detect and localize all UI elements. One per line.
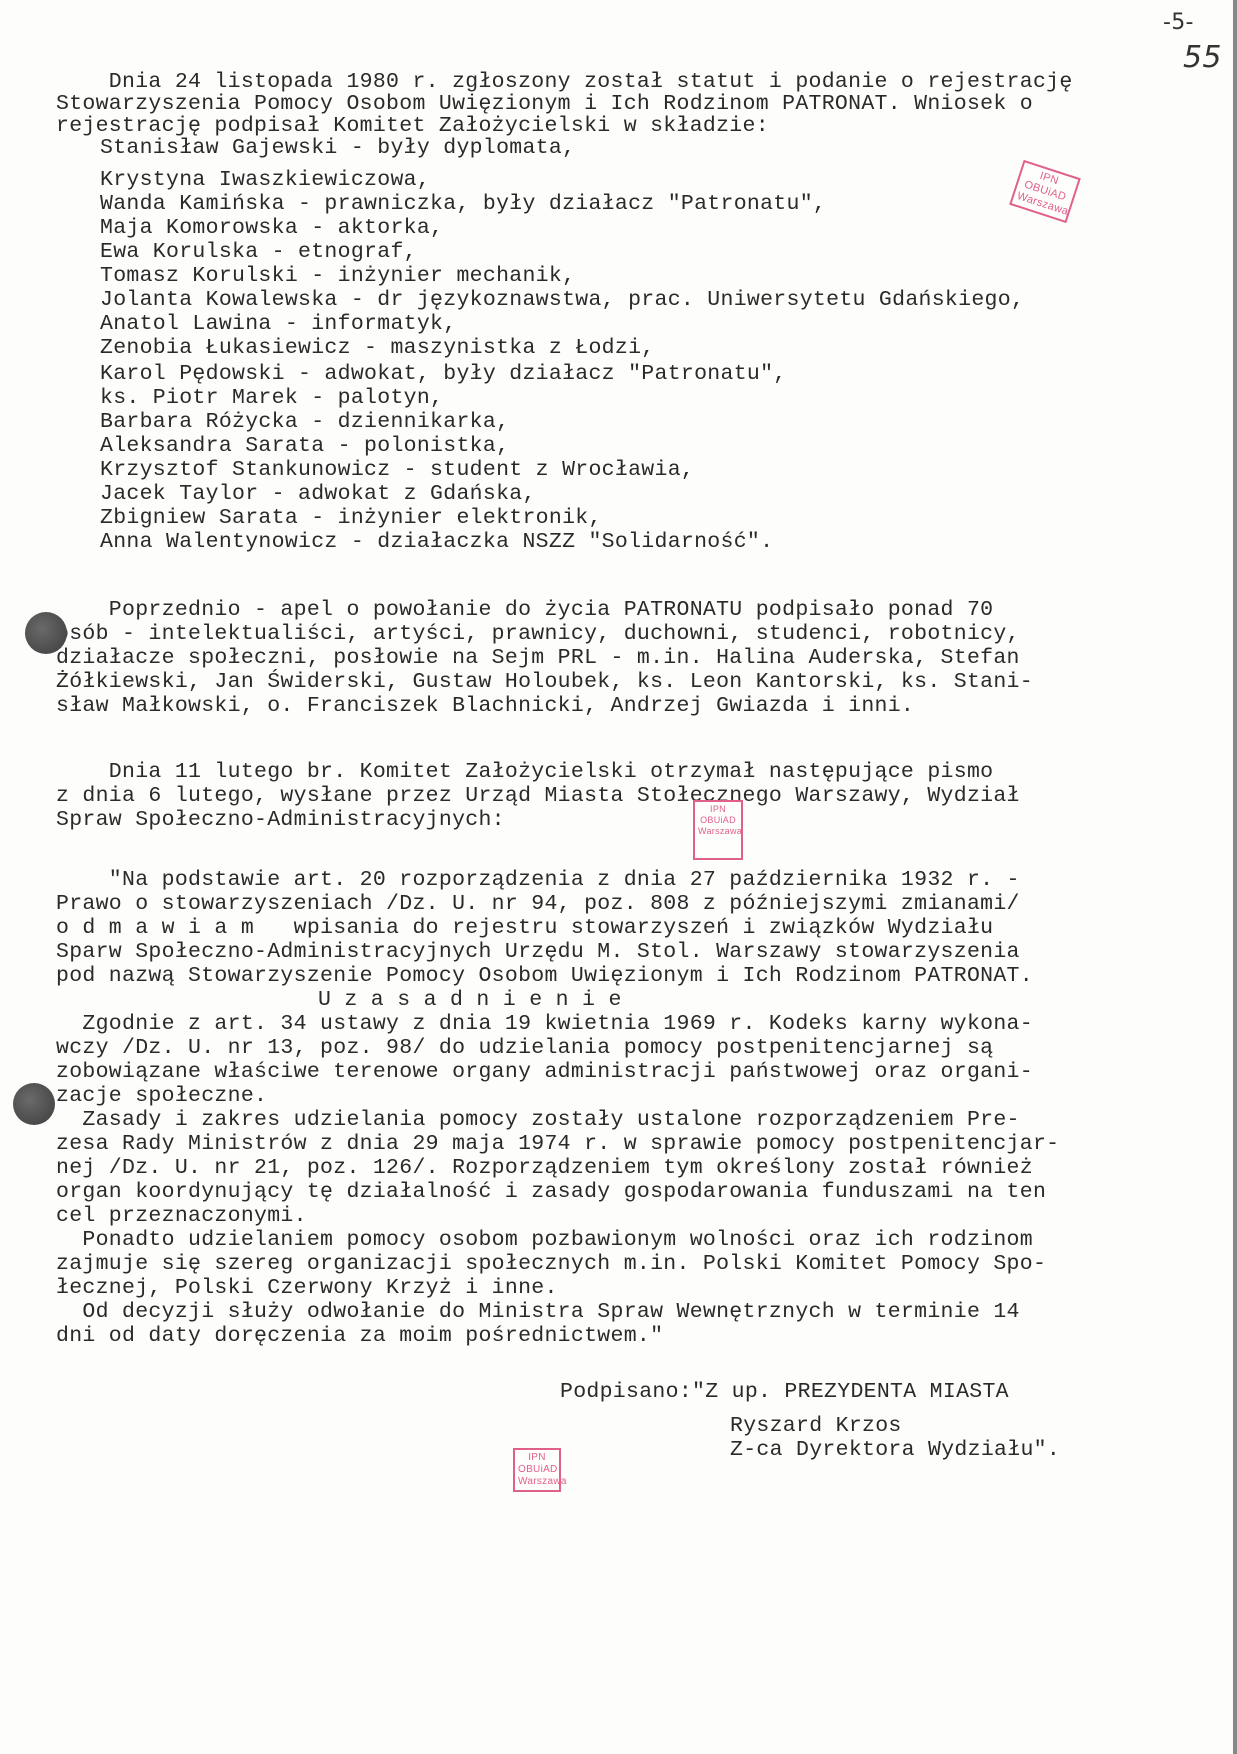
- archive-stamp: IPN OBUiAD Warszawa: [693, 800, 743, 860]
- text-line: "Na podstawie art. 20 rozporządzenia z d…: [56, 870, 1020, 892]
- archive-stamp: IPN OBUiAD Warszawa: [513, 1448, 561, 1492]
- signature-line: Podpisano:"Z up. PREZYDENTA MIASTA: [560, 1382, 1009, 1404]
- text-line: Stowarzyszenia Pomocy Osobom Uwięzionym …: [56, 94, 1033, 116]
- list-item: Barbara Różycka - dziennikarka,: [100, 412, 509, 434]
- text-line: Sparw Społeczno-Administracyjnych Urzędu…: [56, 942, 1020, 964]
- text-line: osób - intelektualiści, artyści, prawnic…: [56, 624, 1020, 646]
- text-line: o d m a w i a m wpisania do rejestru sto…: [56, 918, 993, 940]
- text-line: zobowiązane właściwe terenowe organy adm…: [56, 1062, 1033, 1084]
- folio-number: 55: [1183, 40, 1222, 75]
- list-item: Krystyna Iwaszkiewiczowa,: [100, 170, 430, 192]
- text-line: Spraw Społeczno-Administracyjnych:: [56, 810, 505, 832]
- text-line: cel przeznaczonymi.: [56, 1206, 307, 1228]
- list-item: Karol Pędowski - adwokat, były działacz …: [100, 364, 787, 386]
- list-item: Maja Komorowska - aktorka,: [100, 218, 443, 240]
- text-line: Zasady i zakres udzielania pomocy został…: [56, 1110, 1020, 1132]
- list-item: Aleksandra Sarata - polonistka,: [100, 436, 509, 458]
- text-line: łecznej, Polski Czerwony Krzyż i inne.: [56, 1278, 558, 1300]
- text-line: zacje społeczne.: [56, 1086, 267, 1108]
- list-item: Jolanta Kowalewska - dr językoznawstwa, …: [100, 290, 1024, 312]
- typed-document-page: -5- 55 Dnia 24 listopada 1980 r. zgłoszo…: [0, 0, 1237, 1754]
- list-item: Zenobia Łukasiewicz - maszynistka z Łodz…: [100, 338, 655, 360]
- text-line: Od decyzji służy odwołanie do Ministra S…: [56, 1302, 1020, 1324]
- punch-hole-icon: [13, 1083, 55, 1125]
- text-line: wczy /Dz. U. nr 13, poz. 98/ do udzielan…: [56, 1038, 993, 1060]
- text-line: sław Małkowski, o. Franciszek Blachnicki…: [56, 696, 914, 718]
- signatory-title: Z-ca Dyrektora Wydziału".: [730, 1440, 1060, 1462]
- page-number: -5-: [1163, 10, 1194, 35]
- text-line: organ koordynujący tę działalność i zasa…: [56, 1182, 1046, 1204]
- list-item: Tomasz Korulski - inżynier mechanik,: [100, 266, 575, 288]
- list-item: Ewa Korulska - etnograf,: [100, 242, 417, 264]
- list-item: Jacek Taylor - adwokat z Gdańska,: [100, 484, 536, 506]
- justification-heading: U z a s a d n i e n i e: [318, 990, 622, 1012]
- list-item: ks. Piotr Marek - palotyn,: [100, 388, 443, 410]
- signatory-name: Ryszard Krzos: [730, 1416, 902, 1438]
- scan-edge: [1233, 0, 1237, 1754]
- punch-hole-icon: [25, 612, 67, 654]
- text-line: Dnia 11 lutego br. Komitet Założycielski…: [56, 762, 993, 784]
- text-line: Poprzednio - apel o powołanie do życia P…: [56, 600, 993, 622]
- text-line: Zgodnie z art. 34 ustawy z dnia 19 kwiet…: [56, 1014, 1033, 1036]
- text-line: Dnia 24 listopada 1980 r. zgłoszony zost…: [56, 72, 1073, 94]
- text-line: zajmuje się szereg organizacji społeczny…: [56, 1254, 1046, 1276]
- text-line: z dnia 6 lutego, wysłane przez Urząd Mia…: [56, 786, 1020, 808]
- text-line: Ponadto udzielaniem pomocy osobom pozbaw…: [56, 1230, 1033, 1252]
- archive-stamp: IPN OBUiAD Warszawa: [1009, 160, 1081, 223]
- text-line: zesa Rady Ministrów z dnia 29 maja 1974 …: [56, 1134, 1059, 1156]
- list-item: Stanisław Gajewski - były dyplomata,: [100, 138, 575, 160]
- list-item: Anatol Lawina - informatyk,: [100, 314, 456, 336]
- text-line: nej /Dz. U. nr 21, poz. 126/. Rozporządz…: [56, 1158, 1033, 1180]
- text-line: pod nazwą Stowarzyszenie Pomocy Osobom U…: [56, 966, 1033, 988]
- text-line: Prawo o stowarzyszeniach /Dz. U. nr 94, …: [56, 894, 1020, 916]
- text-line: działacze społeczni, posłowie na Sejm PR…: [56, 648, 1020, 670]
- list-item: Anna Walentynowicz - działaczka NSZZ "So…: [100, 532, 773, 554]
- list-item: Wanda Kamińska - prawniczka, były działa…: [100, 194, 826, 216]
- text-line: rejestrację podpisał Komitet Założyciels…: [56, 116, 769, 138]
- text-line: Żółkiewski, Jan Świderski, Gustaw Holoub…: [56, 672, 1033, 694]
- list-item: Zbigniew Sarata - inżynier elektronik,: [100, 508, 602, 530]
- list-item: Krzysztof Stankunowicz - student z Wrocł…: [100, 460, 694, 482]
- text-line: dni od daty doręczenia za moim pośrednic…: [56, 1326, 663, 1348]
